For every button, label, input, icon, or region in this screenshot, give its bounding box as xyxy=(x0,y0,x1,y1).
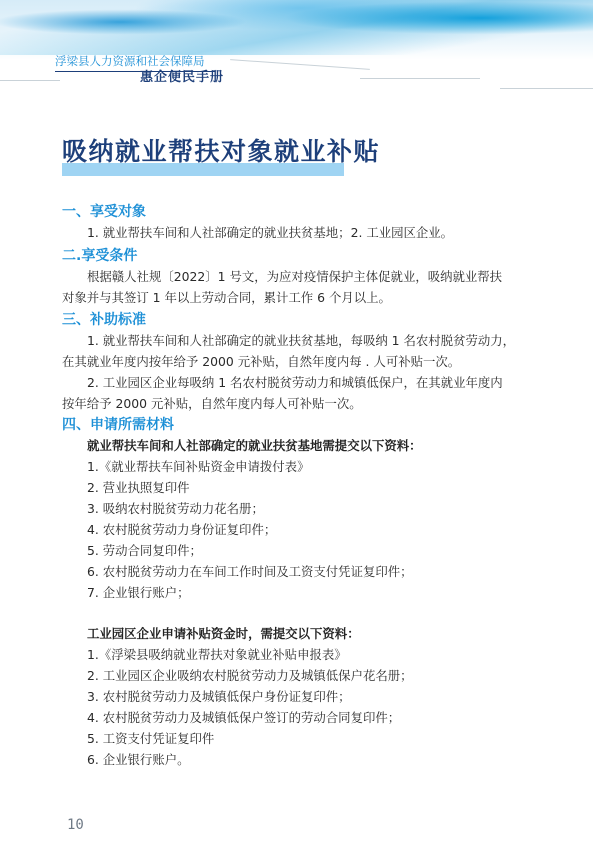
list-item: 1.《浮梁县吸纳就业帮扶对象就业补贴申报表》 xyxy=(87,645,347,665)
list-item: 3. 吸纳农村脱贫劳动力花名册； xyxy=(87,499,264,519)
section-heading-materials: 四、申请所需材料 xyxy=(62,414,174,434)
paragraph-line: 2. 工业园区企业每吸纳 1 名农村脱贫劳动力和城镇低保户，在其就业年度内 xyxy=(87,373,503,393)
page-title: 吸纳就业帮扶对象就业补贴 xyxy=(62,135,380,169)
section-heading-eligible: 一、享受对象 xyxy=(62,201,146,221)
page-title-block: 吸纳就业帮扶对象就业补贴 xyxy=(62,135,380,169)
handbook-title: 惠企便民手册 xyxy=(140,66,224,85)
banner-line xyxy=(230,59,370,70)
list-item: 6. 农村脱贫劳动力在车间工作时间及工资支付凭证复印件； xyxy=(87,562,413,582)
list-item: 4. 农村脱贫劳动力身份证复印件； xyxy=(87,520,276,540)
banner-line xyxy=(0,80,60,81)
page-number: 10 xyxy=(67,817,84,833)
header-banner xyxy=(0,0,593,100)
group-title-industrial-park: 工业园区企业申请补贴资金时，需提交以下资料： xyxy=(87,624,360,644)
list-item: 7. 企业银行账户； xyxy=(87,583,190,603)
paragraph-line: 1. 就业帮扶车间和人社部确定的就业扶贫基地；2. 工业园区企业。 xyxy=(87,223,453,243)
paragraph-line: 1. 就业帮扶车间和人社部确定的就业扶贫基地，每吸纳 1 名农村脱贫劳动力， xyxy=(87,331,515,351)
paragraph-line: 根据赣人社规〔2022〕1 号文，为应对疫情保护主体促就业，吸纳就业帮扶 xyxy=(87,267,502,287)
paragraph-line: 在其就业年度内按年给予 2000 元补贴，自然年度内每 . 人可补贴一次。 xyxy=(62,352,460,372)
section-heading-standard: 三、补助标准 xyxy=(62,309,146,329)
banner-wave xyxy=(0,0,593,55)
list-item: 6. 企业银行账户。 xyxy=(87,750,190,770)
paragraph-line: 对象并与其签订 1 年以上劳动合同，累计工作 6 个月以上。 xyxy=(62,288,391,308)
list-item: 3. 农村脱贫劳动力及城镇低保户身份证复印件； xyxy=(87,687,351,707)
paragraph-line: 按年给予 2000 元补贴，自然年度内每人可补贴一次。 xyxy=(62,394,362,414)
list-item: 4. 农村脱贫劳动力及城镇低保户签订的劳动合同复印件； xyxy=(87,708,400,728)
list-item: 5. 工资支付凭证复印件 xyxy=(87,729,214,749)
group-title-workshop: 就业帮扶车间和人社部确定的就业扶贫基地需提交以下资料： xyxy=(87,436,422,456)
list-item: 1.《就业帮扶车间补贴资金申请拨付表》 xyxy=(87,457,309,477)
list-item: 2. 营业执照复印件 xyxy=(87,478,190,498)
list-item: 2. 工业园区企业吸纳农村脱贫劳动力及城镇低保户花名册； xyxy=(87,666,413,686)
section-heading-conditions: 二.享受条件 xyxy=(62,245,137,265)
banner-line xyxy=(360,78,480,79)
banner-line xyxy=(500,88,593,89)
list-item: 5. 劳动合同复印件； xyxy=(87,541,202,561)
